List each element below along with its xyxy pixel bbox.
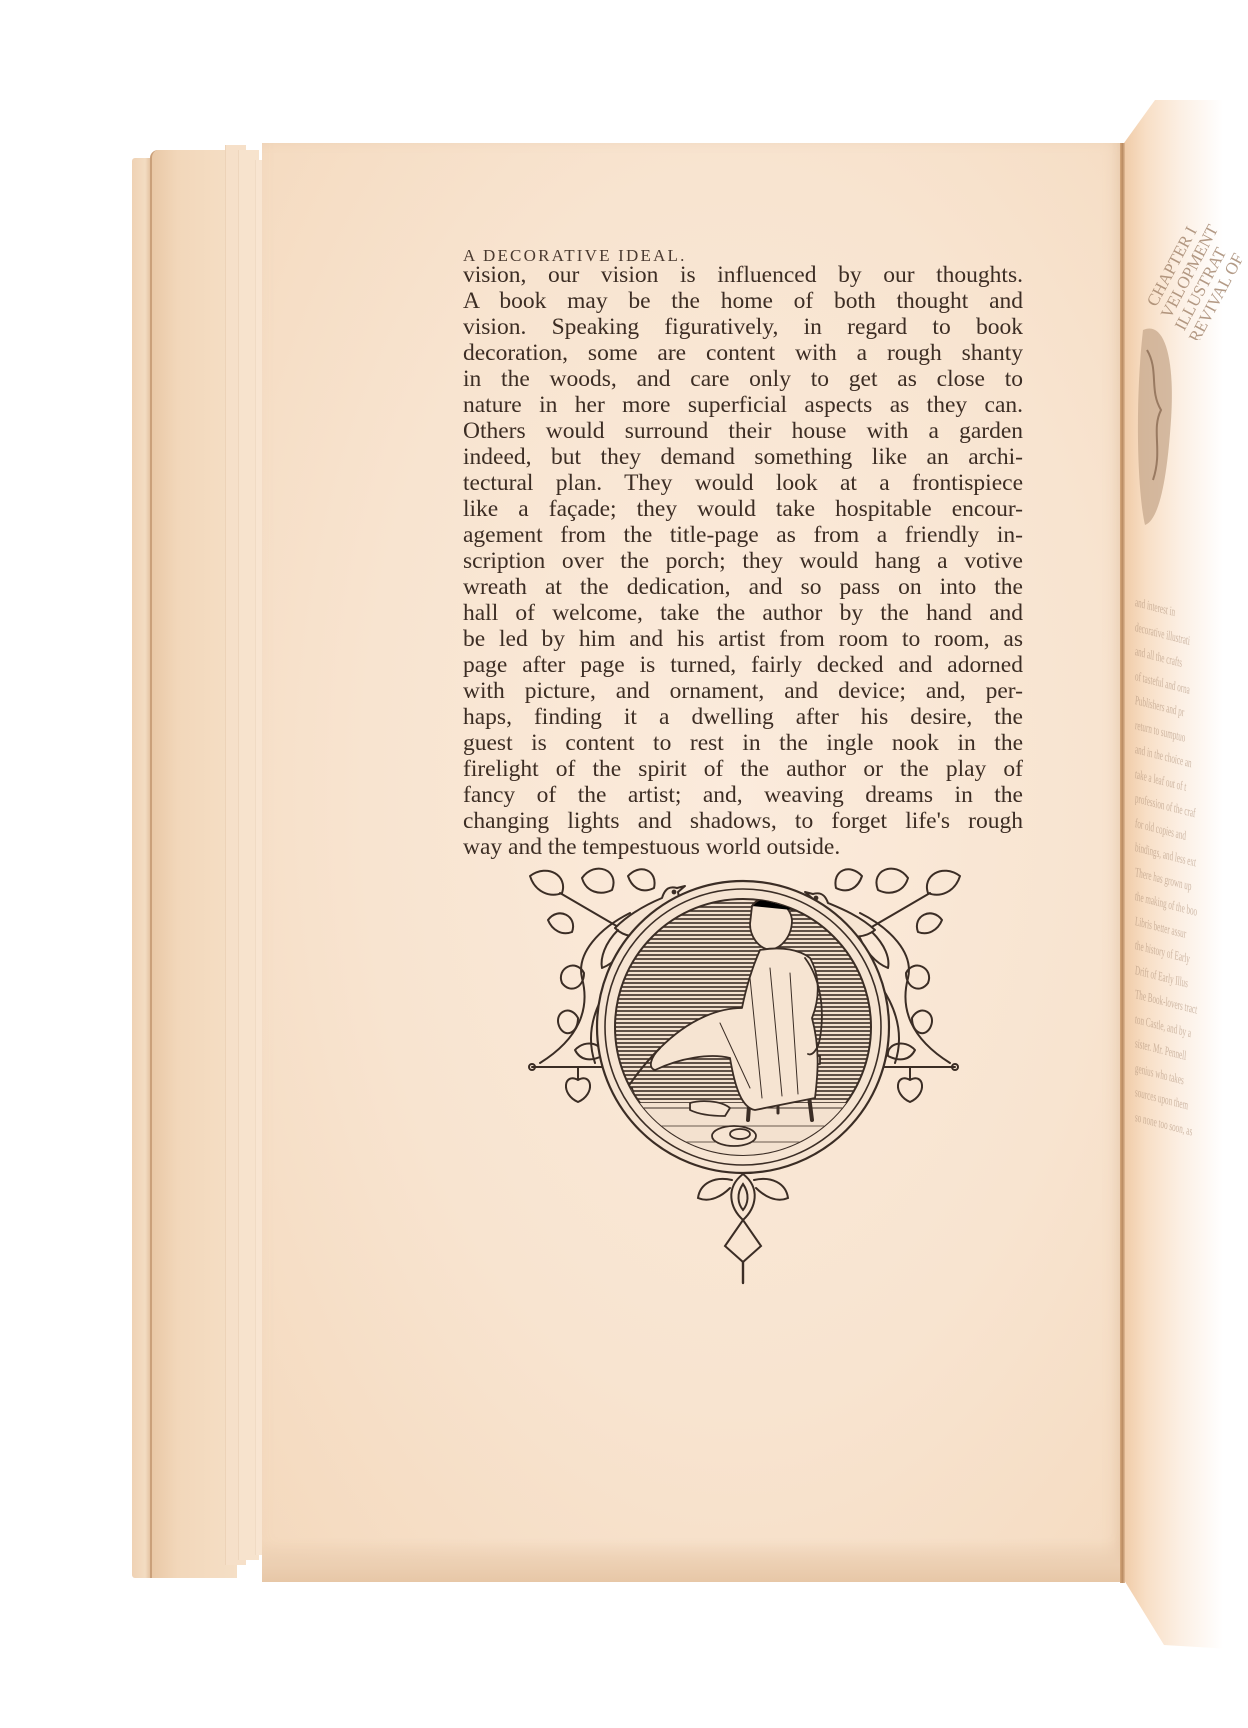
text-line: hall of welcome, take the author by the … bbox=[463, 600, 1023, 626]
text-line: with picture, and ornament, and device; … bbox=[463, 678, 1023, 704]
text-line: in the woods, and care only to get as cl… bbox=[463, 366, 1023, 392]
text-line: guest is content to rest in the ingle no… bbox=[463, 730, 1023, 756]
text-line: Others would surround their house with a… bbox=[463, 418, 1023, 444]
text-line: be led by him and his artist from room t… bbox=[463, 626, 1023, 652]
vignette-illustration bbox=[520, 858, 970, 1288]
book-gutter bbox=[1120, 143, 1125, 1583]
right-page-chapter-heading: CHAPTER I VELOPMENT ILLUSTRAT REVIVAL OF bbox=[1136, 170, 1246, 340]
text-line: like a façade; they would take hospitabl… bbox=[463, 496, 1023, 522]
right-page-ornament bbox=[1135, 320, 1175, 530]
text-line: vision. Speaking figuratively, in regard… bbox=[463, 314, 1023, 340]
text-line: haps, finding it a dwelling after his de… bbox=[463, 704, 1023, 730]
text-line: wreath at the dedication, and so pass on… bbox=[463, 574, 1023, 600]
endpaper-leaf bbox=[150, 150, 237, 1578]
text-line: tectural plan. They would look at a fron… bbox=[463, 470, 1023, 496]
text-line: fancy of the artist; and, weaving dreams… bbox=[463, 782, 1023, 808]
text-line: agement from the title-page as from a fr… bbox=[463, 522, 1023, 548]
page-bottom-shadow bbox=[262, 1540, 1124, 1582]
body-text: vision, our vision is influenced by our … bbox=[463, 262, 1023, 860]
right-page-text: and interest in decorative illustrati an… bbox=[1135, 590, 1248, 1280]
text-line: changing lights and shadows, to forget l… bbox=[463, 808, 1023, 834]
text-line: vision, our vision is influenced by our … bbox=[463, 262, 1023, 288]
text-line: indeed, but they demand something like a… bbox=[463, 444, 1023, 470]
text-line: decoration, some are content with a roug… bbox=[463, 340, 1023, 366]
text-line: way and the tempestuous world outside. bbox=[463, 834, 1023, 860]
text-line: scription over the porch; they would han… bbox=[463, 548, 1023, 574]
text-line: nature in her more superficial aspects a… bbox=[463, 392, 1023, 418]
text-line: A book may be the home of both thought a… bbox=[463, 288, 1023, 314]
text-line: page after page is turned, fairly decked… bbox=[463, 652, 1023, 678]
text-line: firelight of the spirit of the author or… bbox=[463, 756, 1023, 782]
